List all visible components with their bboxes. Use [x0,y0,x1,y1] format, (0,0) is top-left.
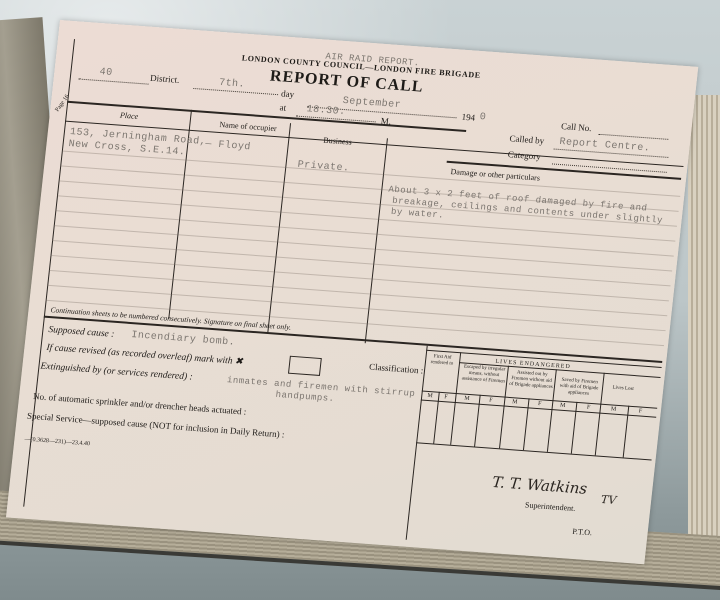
assisted-header: Assisted out by Firemen without aid of B… [509,370,555,391]
escaped-header: Escaped by irregular means, without assi… [461,364,507,385]
saved-header: Saved by Firemen with aid of Brigade app… [556,377,602,398]
signature-initials: TV [600,493,617,507]
lost-f: F [638,408,642,414]
escaped-m: M [464,396,470,402]
first-aid-f: F [444,394,448,400]
col-occupier: Name of occupier [219,120,277,133]
cause-revised-checkbox[interactable] [288,356,322,376]
escaped-f: F [489,397,493,403]
occupier-value: — Floyd [205,139,252,153]
day-label: day [281,88,295,99]
lost-m: M [610,406,616,412]
assisted-m: M [512,399,518,405]
business-value: Private. [297,160,350,175]
margin-note: Page 16 [54,94,70,113]
book-page-stack [688,95,720,560]
supposed-cause-label: Supposed cause : [48,325,115,340]
superintendent-label: Superintendent. [525,500,576,513]
district-line [79,79,149,85]
saved-m: M [560,403,566,409]
print-code: —(0.3628—231)—23.4.40 [24,437,90,448]
pto-label: P.T.O. [572,527,593,537]
col-place: Place [120,111,139,121]
first-aid-m: M [427,393,433,399]
supposed-cause-value: Incendiary bomb. [131,330,236,349]
lives-lost-header: Lives Lost [605,385,642,394]
report-of-call-form: Page 16 AIR RAID REPORT. LONDON COUNTY C… [6,20,698,564]
district-label: District. [150,73,180,85]
district-value: 40 [99,67,113,79]
superintendent-signature: T. T. Watkins [491,473,588,498]
called-by-label: Called by [509,133,545,145]
saved-f: F [587,405,591,411]
year-label: 194 [461,112,476,123]
call-no-label: Call No. [561,121,592,133]
year-value: 0 [479,112,487,123]
classification-label: Classification : [369,362,424,376]
special-service-label: Special Service—supposed cause (NOT for … [27,411,285,440]
at-label: at [279,102,287,112]
first-aid-header: First Aid rendered to [427,354,458,368]
extinguished-label: Extinguished by (or services rendered) : [40,362,193,383]
call-no-field[interactable] [598,134,668,140]
assisted-f: F [538,401,542,407]
day-value: 7th. [218,78,245,91]
col-divider-3 [365,138,388,343]
